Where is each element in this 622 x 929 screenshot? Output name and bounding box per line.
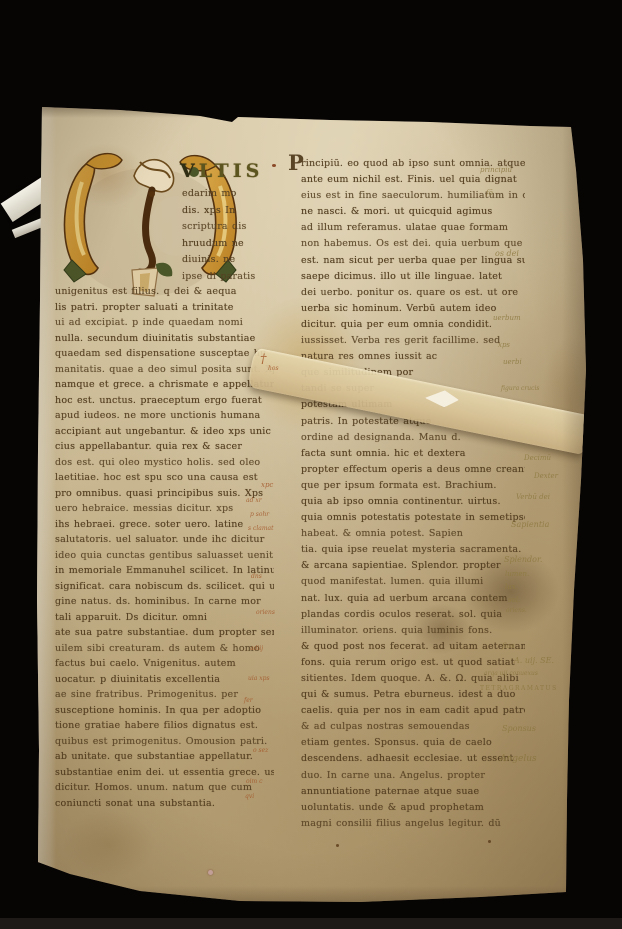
text-line: propter effectum operis a deus omne crea… bbox=[301, 462, 525, 478]
left-text-column: unigenitus est filius. q dei & aequalis … bbox=[55, 284, 274, 811]
text-line: laetitiae. hoc est spu sco una causa est bbox=[55, 470, 274, 486]
text-line: duo. In carne una. Angelus. propter bbox=[301, 768, 525, 784]
text-line: illuminator. oriens. quia luminis fons. bbox=[301, 623, 525, 639]
gloss-note: adiij bbox=[250, 645, 263, 652]
text-line: uerba sic hominum. Verbū autem ideo bbox=[301, 301, 525, 317]
text-line: quibus est primogenitus. Omousion patri. bbox=[55, 734, 274, 750]
text-line: dei uerbo. ponitur os. quare os est. ut … bbox=[301, 285, 525, 301]
text-line: diuinis. ne bbox=[182, 252, 288, 269]
text-line: & arcana sapientiae. Splendor. propter bbox=[301, 558, 525, 574]
text-line: pro omnibus. quasi principibus suis. Xps bbox=[55, 486, 274, 502]
text-line: tione gratiae habere filios dignatus est… bbox=[55, 718, 274, 734]
gloss-note: s clamat bbox=[248, 525, 274, 532]
text-line: hruudum ne bbox=[182, 236, 288, 253]
gloss-note: fer bbox=[244, 697, 253, 704]
margin-note: Decimū bbox=[524, 454, 551, 462]
margin-note: oriens. bbox=[506, 607, 527, 614]
gloss-note: hos bbox=[268, 365, 279, 372]
gloss-note: oriens bbox=[256, 609, 275, 616]
speck bbox=[336, 844, 339, 847]
gloss-note: p sohr bbox=[250, 511, 269, 518]
opening-word-capitals: VLTIS bbox=[180, 160, 263, 182]
text-line: factus bui caelo. Vnigenitus. autem bbox=[55, 656, 274, 672]
text-line: uocatur. p diuinitatis excellentia bbox=[55, 672, 274, 688]
margin-note: lumen. bbox=[505, 570, 529, 578]
margin-note: fō bbox=[486, 189, 493, 197]
photo-bottom-band bbox=[0, 918, 622, 929]
gloss-note: † bbox=[260, 352, 267, 367]
margin-note: TETRAGRAMATUS bbox=[480, 685, 558, 692]
text-line: ab unitate. que substantiae appellatur. bbox=[55, 749, 274, 765]
text-line: dicitur. quia per eum omnia condidit. bbox=[301, 317, 525, 333]
gloss-note: qvi bbox=[245, 793, 254, 800]
text-line: substantiae enim dei. ut essentia grece.… bbox=[55, 765, 274, 781]
text-line: ui ad excipiat. p inde quaedam nomi bbox=[55, 315, 274, 331]
text-line: etiam gentes. Sponsus. quia de caelo bbox=[301, 735, 525, 751]
text-line: saepe dicimus. illo ut ille linguae. lat… bbox=[301, 269, 525, 285]
text-line: manitatis. quae a deo simul posita sunt.… bbox=[55, 362, 274, 378]
margin-note: Sponsus bbox=[502, 724, 536, 733]
text-line: uoluntatis. unde & apud prophetam bbox=[301, 800, 525, 816]
text-line: iussisset. Verba res gerit facillime. se… bbox=[301, 333, 525, 349]
margin-note: sol. bbox=[508, 596, 520, 604]
text-line: apud iudeos. ne more unctionis humana bbox=[55, 408, 274, 424]
margin-note: lux. bbox=[505, 583, 518, 591]
opening-lines: edarim modis. xps Inscriptura dishruudum… bbox=[182, 186, 288, 286]
text-line: facta sunt omnia. hic et dextera bbox=[301, 446, 525, 462]
text-line: annuntiatione paternae atque suae bbox=[301, 784, 525, 800]
gloss-note: ad xr bbox=[246, 497, 262, 504]
text-line: descendens. adhaesit ecclesiae. ut essen… bbox=[301, 751, 525, 767]
text-line: magni consilii filius angelus legitur. d… bbox=[301, 816, 525, 832]
text-line: dis. xps In bbox=[182, 203, 288, 220]
parchment-page: VLTIS edarim modis. xps Inscriptura dish… bbox=[36, 104, 588, 906]
speck bbox=[208, 870, 213, 875]
text-line: ante eum nichil est. Finis. uel quia dig… bbox=[301, 172, 525, 188]
text-line: est. nam sicut per uerba quae per lingua… bbox=[301, 253, 525, 269]
text-line: quia omnis potestatis potestate in semet… bbox=[301, 510, 525, 526]
margin-note: principiū bbox=[480, 166, 512, 174]
text-line: uero hebraice. messias dicitur. xps bbox=[55, 501, 274, 517]
margin-note: uerbi bbox=[503, 358, 522, 366]
text-line: in memoriale Emmanuhel scilicet. In lati… bbox=[55, 563, 274, 579]
text-line: uilem sibi creaturam. ds autem & homo bbox=[55, 641, 274, 657]
text-line: significat. cara nobiscum ds. scilicet. … bbox=[55, 579, 274, 595]
text-line: susceptione hominis. In qua per adoptio bbox=[55, 703, 274, 719]
text-line: edarim mo bbox=[182, 186, 288, 203]
gloss-note: oim c bbox=[246, 778, 263, 785]
text-line: ne nasci. & mori. ut quicquid agimus bbox=[301, 204, 525, 220]
margin-note: Splendor. bbox=[504, 555, 542, 564]
margin-note: Angelus bbox=[500, 754, 537, 764]
margin-note: xps bbox=[498, 341, 510, 349]
text-line: ihs hebraei. grece. soter uero. latine bbox=[55, 517, 274, 533]
gloss-note: o sez bbox=[253, 747, 268, 754]
text-line: coniuncti sonat una substantia. bbox=[55, 796, 274, 812]
text-line: unigenitus est filius. q dei & aequa bbox=[55, 284, 274, 300]
text-line: & ad culpas nostras semouendas bbox=[301, 719, 525, 735]
text-line: & quod post nos fecerat. ad uitam aetern… bbox=[301, 639, 525, 655]
text-line: ideo quia cunctas gentibus saluasset uen… bbox=[55, 548, 274, 564]
text-line: salutatoris. uel saluator. unde ihc dici… bbox=[55, 532, 274, 548]
margin-note: arqa uij conuexus bbox=[484, 670, 538, 677]
text-line: nat. lux. quia ad uerbum arcana contem bbox=[301, 591, 525, 607]
speck bbox=[488, 840, 491, 843]
text-line: quod manifestat. lumen. quia illumi bbox=[301, 574, 525, 590]
text-line: dos est. qui oleo mystico holis. sed ole… bbox=[55, 455, 274, 471]
margin-note: figura crucis bbox=[501, 385, 540, 392]
text-line: cius appellabantur. quia rex & sacer bbox=[55, 439, 274, 455]
gloss-note: uia xps bbox=[248, 675, 270, 682]
margin-note: A. uij. SE. bbox=[514, 656, 554, 665]
text-line: nulla. secundum diuinitatis substantiae bbox=[55, 331, 274, 347]
margin-note: Sapientia bbox=[511, 520, 549, 529]
text-line: fons. quia rerum origo est. ut quod sati… bbox=[301, 655, 525, 671]
text-line: dicitur. Homos. unum. natum que cum bbox=[55, 780, 274, 796]
text-line: non habemus. Os est dei. quia uerbum que bbox=[301, 236, 525, 252]
text-line: tali apparuit. Ds dicitur. omni bbox=[55, 610, 274, 626]
text-line: quaedam sed dispensatione susceptae hu bbox=[55, 346, 274, 362]
gloss-note: dns bbox=[251, 573, 262, 580]
text-line: caelis. quia per nos in eam cadit apud p… bbox=[301, 703, 525, 719]
gloss-note: xpc bbox=[261, 481, 273, 489]
margin-note: Verbū dei bbox=[516, 493, 550, 501]
speck bbox=[272, 164, 276, 167]
text-line: ad illum referamus. ulatae quae formam bbox=[301, 220, 525, 236]
text-line: lis patri. propter saluati a trinitate bbox=[55, 300, 274, 316]
text-line: scriptura dis bbox=[182, 219, 288, 236]
text-line: gine natus. ds. hominibus. In carne mor bbox=[55, 594, 274, 610]
manuscript-photograph: VLTIS edarim modis. xps Inscriptura dish… bbox=[0, 0, 622, 929]
text-line: namque et grece. a chrismate e appellatu… bbox=[55, 377, 274, 393]
text-line: ae sine fratribus. Primogenitus. per bbox=[55, 687, 274, 703]
stain bbox=[54, 804, 164, 884]
text-line: accipiant aut ungebantur. & ideo xps uni… bbox=[55, 424, 274, 440]
right-text-column: rincipiū. eo quod ab ipso sunt omnia. at… bbox=[301, 156, 525, 832]
margin-note: Dexter bbox=[534, 472, 558, 480]
text-line: hoc est. unctus. praeceptum ergo fuerat bbox=[55, 393, 274, 409]
text-line: quia ab ipso omnia continentur. uirtus. bbox=[301, 494, 525, 510]
text-line: que per ipsum formata est. Brachium. bbox=[301, 478, 525, 494]
text-line: habeat. & omnia potest. Sapien bbox=[301, 526, 525, 542]
text-line: ate sua patre substantiae. dum propter s… bbox=[55, 625, 274, 641]
margin-note: uerbum bbox=[493, 314, 521, 322]
text-line: plandas cordis oculos reserat. sol. quia bbox=[301, 607, 525, 623]
margin-note: flos bbox=[502, 642, 514, 650]
margin-note: os dei bbox=[495, 249, 519, 258]
text-line: tia. quia ipse reuelat mysteria sacramen… bbox=[301, 542, 525, 558]
